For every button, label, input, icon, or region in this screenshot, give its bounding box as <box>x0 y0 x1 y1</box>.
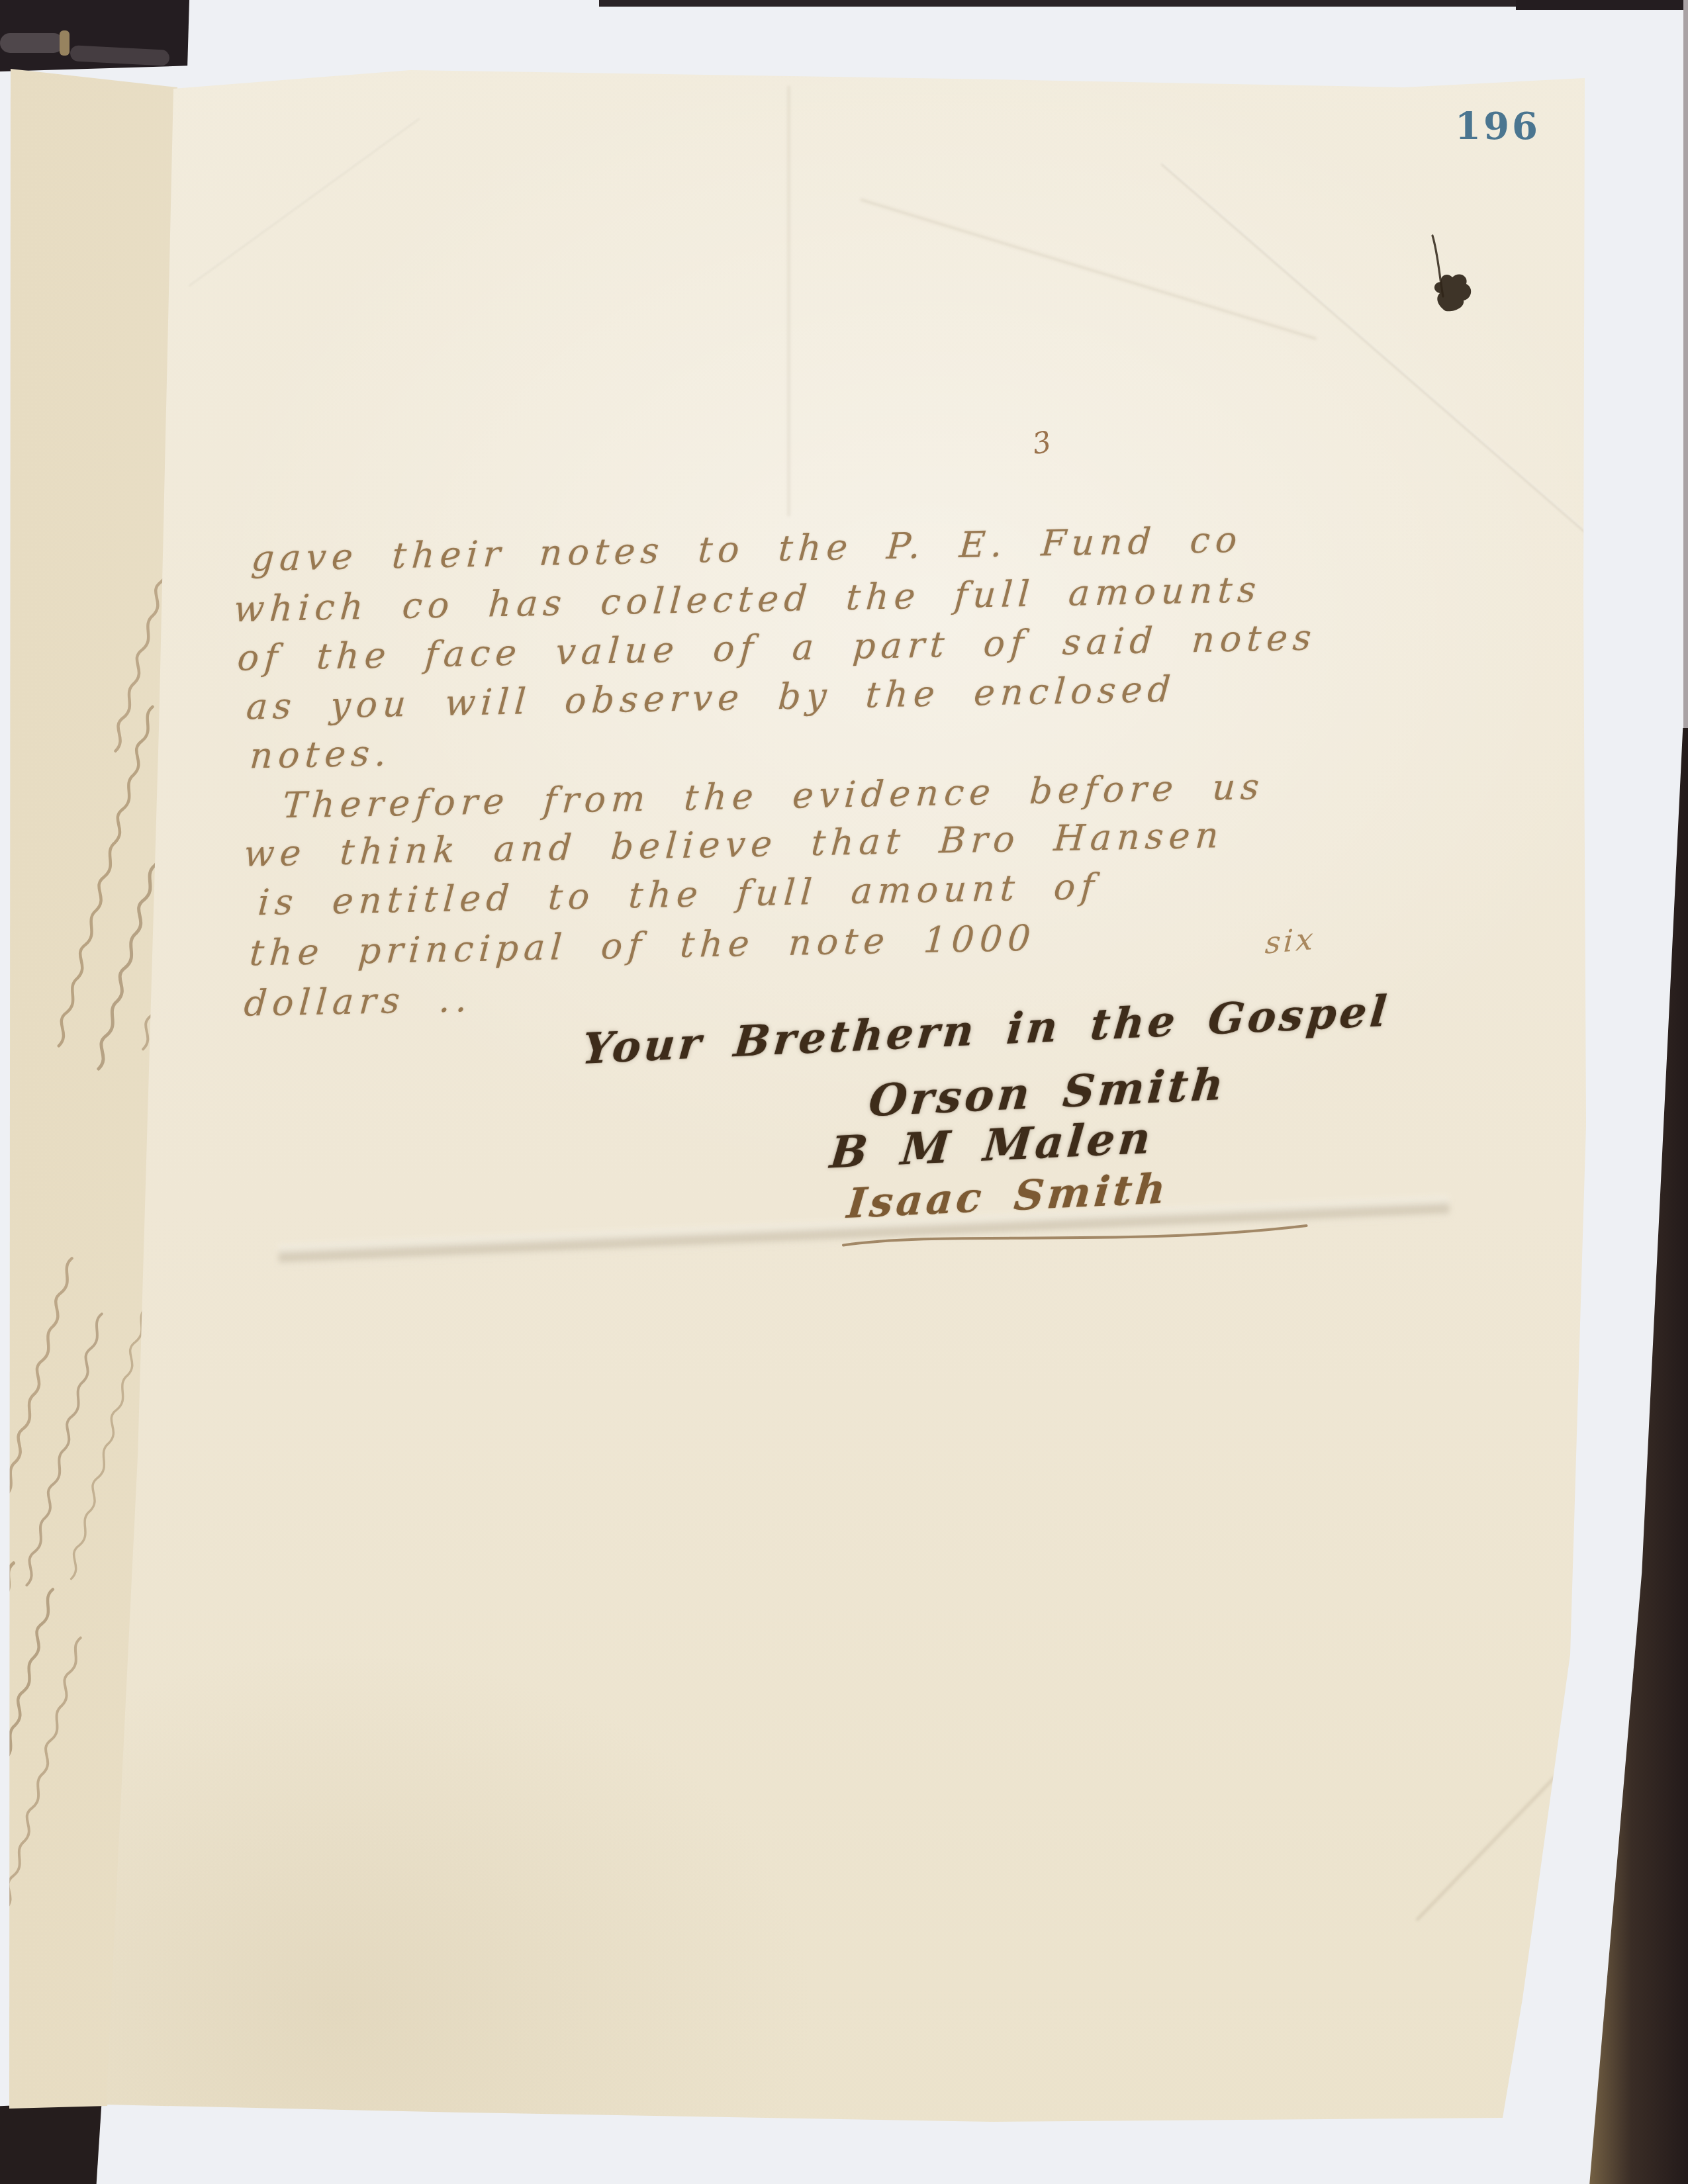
amount-word: six <box>1264 921 1317 961</box>
letter-page: 196 3 gave their notes to the P. E. Fund… <box>0 0 1688 2184</box>
letter-line: notes. <box>248 732 393 776</box>
binding-cord <box>0 33 64 53</box>
binding-cord-knot <box>60 30 70 56</box>
letter-line: is entitled to the full amount of <box>257 866 1101 923</box>
letter-line: gave their notes to the P. E. Fund co <box>250 519 1244 580</box>
book-cover-top-left-corner <box>0 0 189 71</box>
letter-body: gave their notes to the P. E. Fund co wh… <box>0 0 1688 2184</box>
book-cover-right-edge <box>1585 728 1688 2184</box>
letter-line: the principal of the note 1000 <box>248 917 1037 974</box>
scanned-letter-page: 196 3 gave their notes to the P. E. Fund… <box>0 0 1688 2184</box>
signature-flourish <box>840 1219 1311 1257</box>
letter-line: dollars .. <box>243 978 474 1024</box>
letter-line: as you will observe by the enclosed <box>245 668 1177 728</box>
book-edge-top-right <box>1516 0 1688 10</box>
closing-salutation: Your Brethern in the Gospel <box>581 986 1392 1073</box>
book-cover-bottom-left-corner <box>0 2102 106 2184</box>
binding-cord-segment <box>70 45 169 66</box>
